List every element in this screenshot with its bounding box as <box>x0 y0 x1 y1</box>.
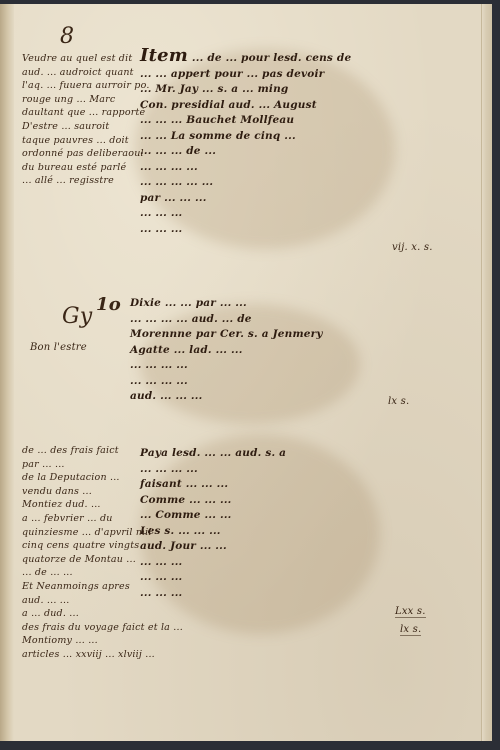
section2-amount: lx s. <box>388 396 409 407</box>
main-line: ... ... ... ... ... <box>140 175 351 191</box>
left-line: l'aq. ... fuuera aurroir po. <box>22 79 150 93</box>
main-line: ... ... appert pour ... pas devoir <box>140 67 351 83</box>
section3-sub-amount: lx s. <box>400 624 421 636</box>
main-line: ... ... ... Bauchet Mollfeau <box>140 113 351 129</box>
main-line: ... Mr. Jay ... s. a ... ming <box>140 82 351 98</box>
main-line: Dixie ... ... par ... ... <box>130 296 323 312</box>
main-line: ... ... ... de ... <box>140 144 351 160</box>
main-line: aud. Jour ... ... <box>140 539 286 555</box>
main-line: Con. presidial aud. ... August <box>140 98 351 114</box>
main-line: Comme ... ... ... <box>140 493 286 509</box>
left-line: ordonné pas deliberaoul <box>22 147 150 161</box>
left-line: Montiomy ... ... <box>22 634 183 648</box>
left-line: a ... dud. ... <box>22 607 183 621</box>
left-line: D'estre ... sauroit <box>22 120 150 134</box>
main-line: ... ... ... ... <box>130 374 323 390</box>
main-line: faisant ... ... ... <box>140 477 286 493</box>
margin-signature: Gy <box>62 304 92 329</box>
section3-main-column: Paya lesd. ... ... aud. s. a ... ... ...… <box>140 446 286 601</box>
left-line: Veudre au quel est dit <box>22 52 150 66</box>
section3-total-amount: Lxx s. <box>395 606 426 618</box>
main-line: ... ... ... <box>140 586 286 602</box>
left-line: taque pauvres ... doit <box>22 134 150 148</box>
left-line: aud. ... audroict quant <box>22 66 150 80</box>
main-line: Item ... de ... pour lesd. cens de <box>140 48 351 67</box>
manuscript-page: 8 Veudre au quel est dit aud. ... audroi… <box>0 4 492 741</box>
main-line: par ... ... ... <box>140 191 351 207</box>
section1-amount: vij. x. s. <box>392 242 433 253</box>
left-line: ... allé ... regisstre <box>22 174 150 188</box>
main-line: ... ... ... ... <box>140 462 286 478</box>
binding-gutter <box>0 4 14 741</box>
left-line: du bureau esté parlé <box>22 161 150 175</box>
left-line: daultant que ... rapporté <box>22 106 150 120</box>
main-line: aud. ... ... ... <box>130 389 323 405</box>
main-line: Morennne par Cer. s. a Jenmery <box>130 327 323 343</box>
left-line: des frais du voyage faict et la ... <box>22 621 183 635</box>
main-line: ... ... ... <box>140 555 286 571</box>
page-edge <box>481 4 492 741</box>
left-line: rouge ung ... Marc <box>22 93 150 107</box>
main-line: ... ... La somme de cinq ... <box>140 129 351 145</box>
main-line: ... ... ... <box>140 222 351 238</box>
folio-mark: 8 <box>60 24 74 49</box>
main-line: Les s. ... ... ... <box>140 524 286 540</box>
section1-left-column: Veudre au quel est dit aud. ... audroict… <box>22 52 150 188</box>
main-line: ... ... ... ... <box>130 358 323 374</box>
section2-main-column: Dixie ... ... par ... ... ... ... ... ..… <box>130 296 323 405</box>
section1-heading: Item <box>140 45 188 66</box>
main-line: ... ... ... <box>140 206 351 222</box>
section1-main-column: Item ... de ... pour lesd. cens de ... .… <box>140 48 351 237</box>
main-line: Paya lesd. ... ... aud. s. a <box>140 446 286 462</box>
margin-label: Bon l'estre <box>30 342 87 353</box>
main-line: Agatte ... lad. ... ... <box>130 343 323 359</box>
main-line: ... ... ... ... <box>140 160 351 176</box>
section2-number: 1o <box>96 294 121 315</box>
main-line: ... ... ... ... aud. ... de <box>130 312 323 328</box>
main-line: ... ... ... <box>140 570 286 586</box>
main-line: ... Comme ... ... <box>140 508 286 524</box>
left-line: articles ... xxviij ... xlviij ... <box>22 648 183 662</box>
